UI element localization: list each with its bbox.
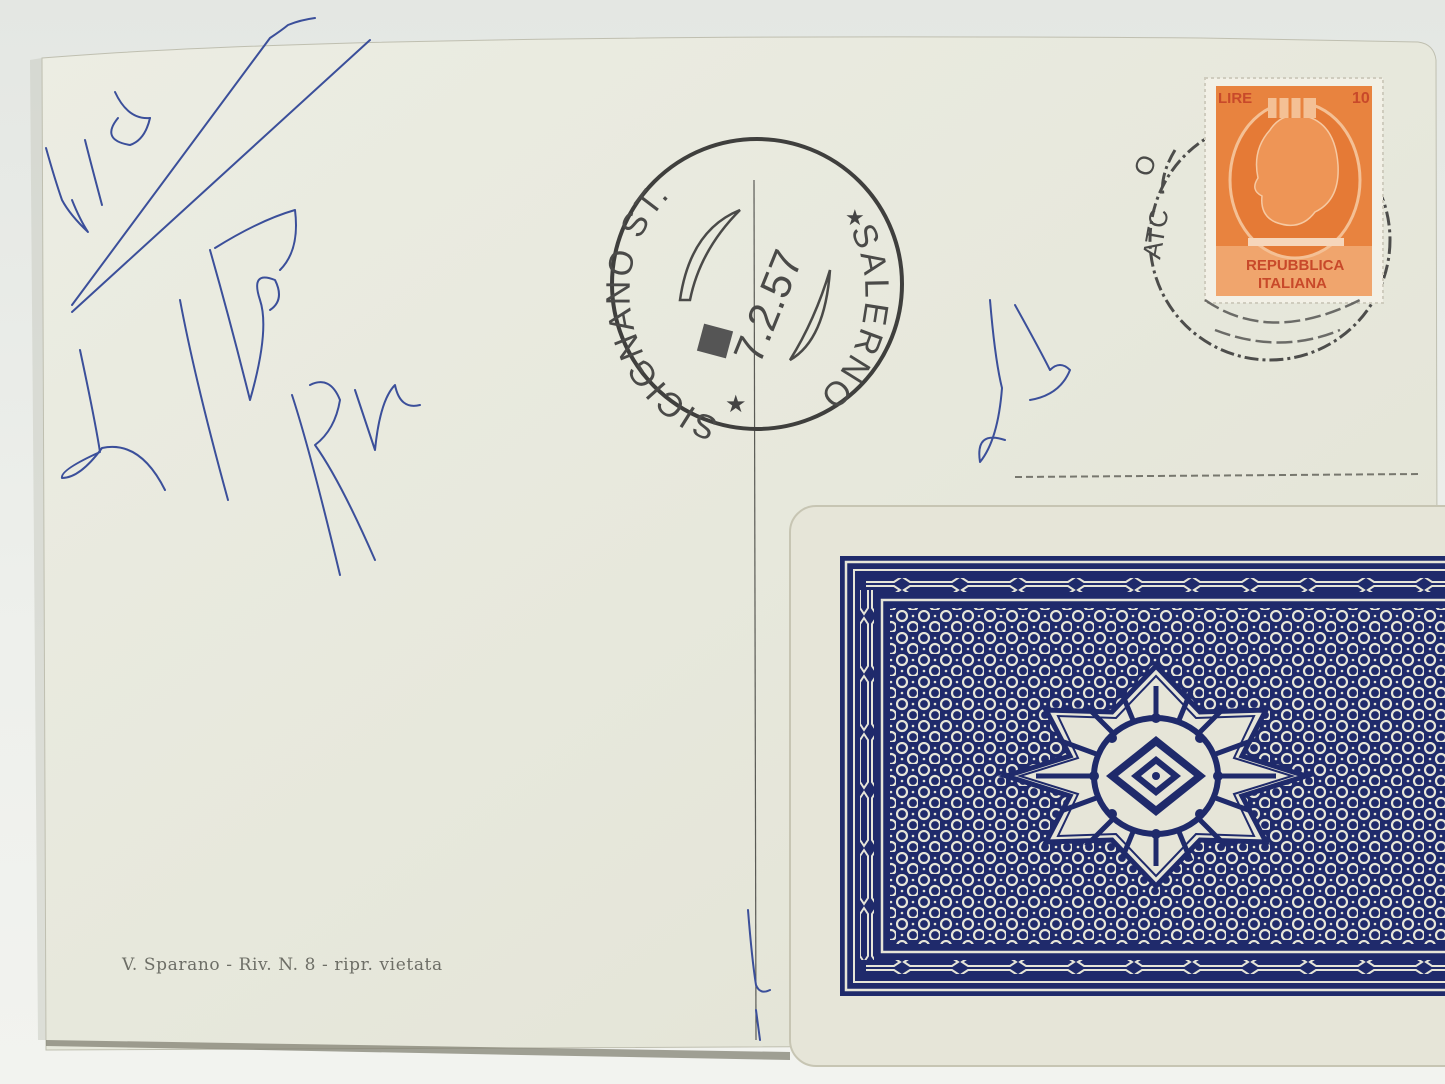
stamp-country-line2: ITALIANA: [1258, 275, 1327, 292]
playing-card: [786, 500, 1445, 1070]
postmark-star-left: ★: [725, 390, 747, 418]
publisher-line: V. Sparano - Riv. N. 8 - ripr. vietata: [122, 955, 443, 975]
stamp-country-line1: REPUBBLICA: [1246, 257, 1345, 274]
stamp-currency: LIRE: [1218, 90, 1252, 107]
stamp-value: 10: [1352, 90, 1370, 107]
